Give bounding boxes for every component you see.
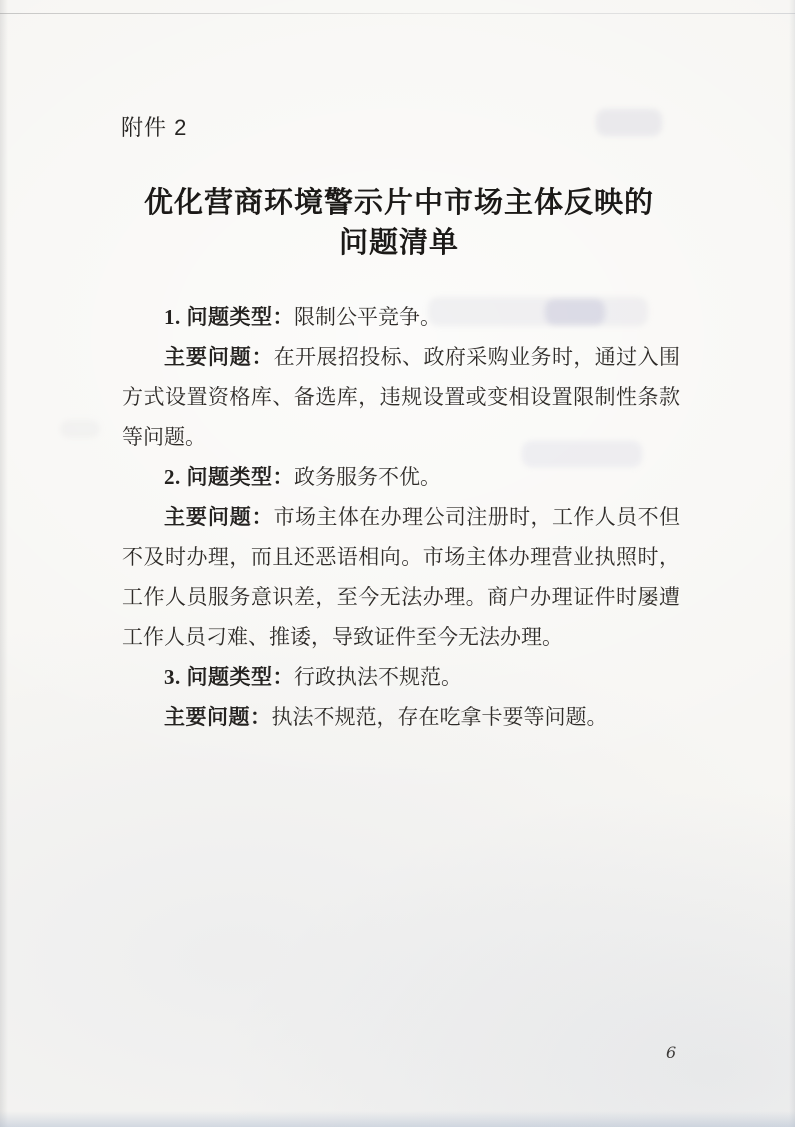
paragraph-text: 行政执法不规范。 [294, 665, 462, 689]
paragraph-problem-type-2: 2. 问题类型：政务服务不优。 [122, 457, 680, 497]
bleed-through-ghost [596, 109, 662, 136]
paragraph-label: 2. 问题类型： [164, 465, 294, 489]
paragraph-problem-type-1: 1. 问题类型：限制公平竞争。 [122, 297, 680, 337]
attachment-label: 附件 2 [121, 111, 187, 142]
scanned-document-page: 附件 2 优化营商环境警示片中市场主体反映的 问题清单 1. 问题类型：限制公平… [0, 0, 795, 1127]
paragraph-problem-type-3: 3. 问题类型：行政执法不规范。 [122, 657, 680, 697]
paragraph-main-problem-1: 主要问题：在开展招投标、政府采购业务时，通过入围方式设置资格库、备选库，违规设置… [122, 337, 680, 457]
paragraph-text: 限制公平竞争。 [294, 305, 441, 329]
scan-right-edge-shadow [789, 0, 795, 1127]
scan-bottom-edge-shadow [0, 1111, 795, 1127]
paragraph-label: 3. 问题类型： [164, 665, 294, 689]
paragraph-main-problem-2: 主要问题：市场主体在办理公司注册时，工作人员不但不及时办理，而且还恶语相向。市场… [122, 497, 680, 657]
scan-left-edge-shadow [0, 0, 8, 1127]
paragraph-text: 政务服务不优。 [294, 465, 441, 489]
paragraph-label: 主要问题： [164, 345, 274, 369]
paragraph-label: 主要问题： [164, 705, 272, 729]
document-title: 优化营商环境警示片中市场主体反映的 问题清单 [118, 183, 680, 263]
paragraph-label: 1. 问题类型： [164, 305, 294, 329]
paragraph-main-problem-3: 主要问题：执法不规范，存在吃拿卡要等问题。 [122, 697, 680, 737]
page-number: 6 [666, 1043, 676, 1062]
paragraph-text: 执法不规范，存在吃拿卡要等问题。 [272, 705, 608, 729]
bleed-through-ghost [60, 420, 100, 438]
scan-top-edge-line [0, 13, 795, 14]
document-body: 1. 问题类型：限制公平竞争。 主要问题：在开展招投标、政府采购业务时，通过入围… [122, 297, 680, 737]
title-line-2: 问题清单 [118, 223, 680, 263]
title-line-1: 优化营商环境警示片中市场主体反映的 [118, 183, 680, 223]
paragraph-label: 主要问题： [164, 505, 274, 529]
